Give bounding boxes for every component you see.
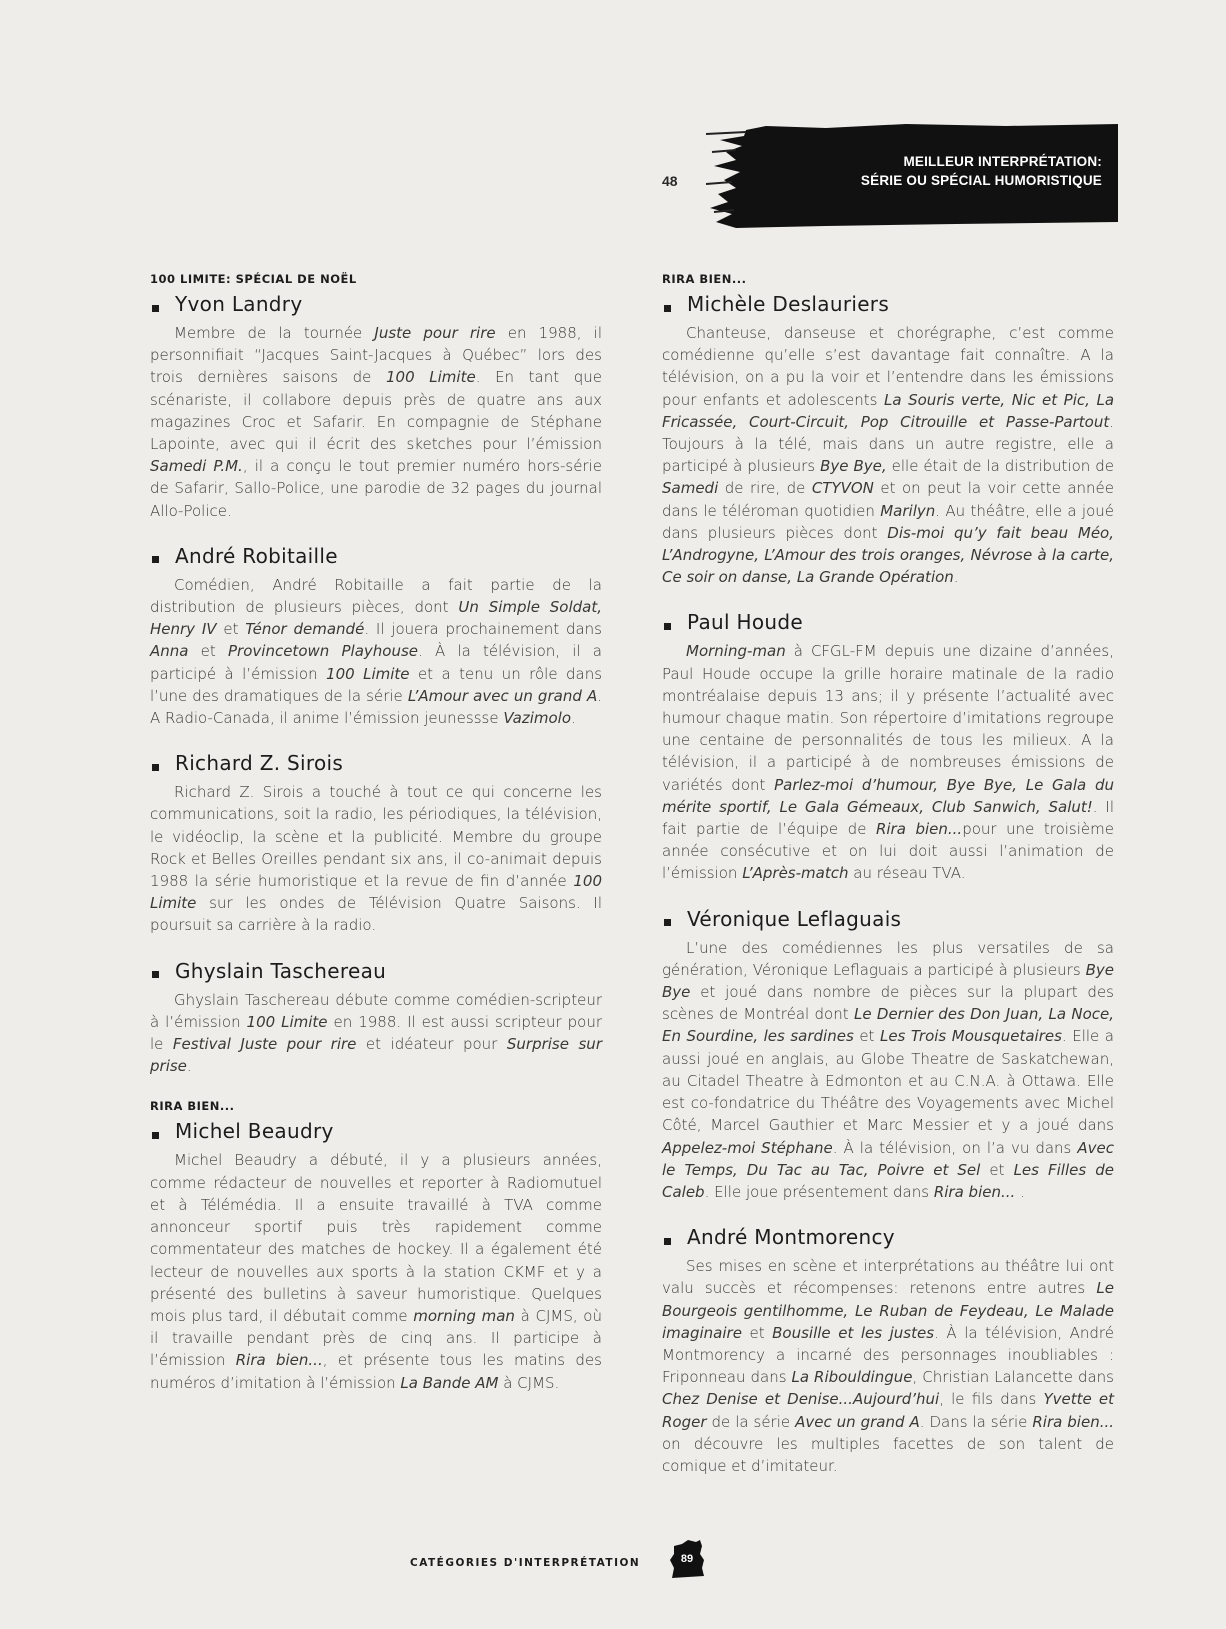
bio-text: et idéateur pour (356, 1035, 506, 1053)
nominee-entry: Michèle Deslauriers Chanteuse, danseuse … (662, 292, 1114, 588)
bio-text: . (571, 709, 576, 727)
nominee-entry: Paul Houde Morning-man à CFGL-FM depuis … (662, 610, 1114, 884)
bio-text: . Elle joue présentement dans (705, 1183, 934, 1201)
bio-text: L’une des comédiennes les plus versatile… (662, 939, 1114, 979)
square-bullet-icon (664, 1238, 671, 1245)
bio-text: Ses mises en scène et interprétations au… (662, 1257, 1114, 1297)
square-bullet-icon (152, 305, 159, 312)
nominee-name-text: Michel Beaudry (175, 1119, 334, 1143)
nominee-name: Richard Z. Sirois (150, 751, 602, 775)
category-banner: MEILLEUR INTERPRÉTATION: SÉRIE OU SPÉCIA… (706, 122, 1118, 230)
section-rira-bien: RIRA BIEN... Michel Beaudry Michel Beaud… (150, 1099, 602, 1393)
italic-title: Avec un grand A (795, 1413, 920, 1431)
italic-title: morning man (413, 1307, 515, 1325)
section-100-limite: 100 LIMITE: SPÉCIAL DE NOËL Yvon Landry … (150, 272, 602, 1077)
square-bullet-icon (664, 623, 671, 630)
nominee-name: André Montmorency (662, 1225, 1114, 1249)
nominee-bio: Membre de la tournée Juste pour rire en … (150, 322, 602, 522)
category-title-line2: SÉRIE OU SPÉCIAL HUMORISTIQUE (861, 171, 1102, 190)
bio-text: . Il jouera prochainement dans (364, 620, 602, 638)
category-title-line1: MEILLEUR INTERPRÉTATION: (861, 152, 1102, 171)
nominee-name: André Robitaille (150, 544, 602, 568)
footer-page-badge: 89 (668, 1538, 706, 1578)
nominee-entry: Richard Z. Sirois Richard Z. Sirois a to… (150, 751, 602, 936)
italic-title: L’Après-match (742, 864, 848, 882)
italic-title: Rira bien... (876, 820, 962, 838)
italic-title: Les Trois Mousquetaires (880, 1027, 1062, 1045)
nominee-bio: Morning-man à CFGL-FM depuis une dizaine… (662, 640, 1114, 884)
bio-text: de rire, de (718, 479, 812, 497)
nominee-name: Paul Houde (662, 610, 1114, 634)
bio-text: Membre de la tournée (174, 324, 374, 342)
bio-text: de la série (707, 1413, 796, 1431)
left-column: 100 LIMITE: SPÉCIAL DE NOËL Yvon Landry … (150, 272, 602, 1416)
nominee-name: Michel Beaudry (150, 1119, 602, 1143)
italic-title: Ténor demandé (245, 620, 364, 638)
nominee-name-text: André Robitaille (175, 544, 338, 568)
bio-text: . (187, 1057, 192, 1075)
bio-text: et (854, 1027, 880, 1045)
italic-title: Samedi (662, 479, 718, 497)
section-rira-bien: RIRA BIEN... Michèle Deslauriers Chanteu… (662, 272, 1114, 1477)
nominee-entry: André Robitaille Comédien, André Robitai… (150, 544, 602, 729)
nominee-name-text: Paul Houde (687, 610, 803, 634)
bio-text: . (1015, 1183, 1025, 1201)
nominee-entry: Véronique Leflaguais L’une des comédienn… (662, 907, 1114, 1203)
square-bullet-icon (664, 305, 671, 312)
bio-text: sur les ondes de Télévision Quatre Saiso… (150, 894, 602, 934)
italic-title: Festival Juste pour rire (173, 1035, 356, 1053)
nominee-name-text: Richard Z. Sirois (175, 751, 343, 775)
italic-title: Bye Bye, (820, 457, 887, 475)
italic-title: Provincetown Playhouse (228, 642, 418, 660)
nominee-bio: Chanteuse, danseuse et chorégraphe, c’es… (662, 322, 1114, 588)
italic-title: Juste pour rire (374, 324, 495, 342)
bio-text: et (980, 1161, 1013, 1179)
nominee-entry: Yvon Landry Membre de la tournée Juste p… (150, 292, 602, 522)
page-number: 89 (668, 1553, 706, 1565)
italic-title: Morning-man (686, 642, 786, 660)
italic-title: L’Amour avec un grand A (408, 687, 597, 705)
bio-text: , le fils dans (939, 1390, 1043, 1408)
italic-title: 100 Limite (326, 665, 409, 683)
bio-text: . À la télévision, on l’a vu dans (833, 1139, 1078, 1157)
bio-text: et (217, 620, 246, 638)
category-title: MEILLEUR INTERPRÉTATION: SÉRIE OU SPÉCIA… (861, 152, 1102, 190)
italic-title: Bousille et les justes (772, 1324, 934, 1342)
bio-text: et (188, 642, 228, 660)
nominee-name-text: Michèle Deslauriers (687, 292, 889, 316)
bio-text: Michel Beaudry a débuté, il y a plusieur… (150, 1151, 602, 1324)
italic-title: CTYVON (812, 479, 874, 497)
nominee-entry: André Montmorency Ses mises en scène et … (662, 1225, 1114, 1477)
section-label: RIRA BIEN... (150, 1099, 602, 1113)
italic-title: Marilyn (880, 502, 935, 520)
square-bullet-icon (664, 919, 671, 926)
nominee-name: Ghyslain Taschereau (150, 959, 602, 983)
bio-text: et (742, 1324, 772, 1342)
nominee-name-text: Yvon Landry (175, 292, 302, 316)
italic-title: Vazimolo (503, 709, 571, 727)
square-bullet-icon (152, 971, 159, 978)
nominee-bio: Comédien, André Robitaille a fait partie… (150, 574, 602, 729)
nominee-bio: Ses mises en scène et interprétations au… (662, 1255, 1114, 1477)
nominee-name: Michèle Deslauriers (662, 292, 1114, 316)
italic-title: Appelez-moi Stéphane (662, 1139, 833, 1157)
footer-label: CATÉGORIES D'INTERPRÉTATION (410, 1557, 640, 1569)
nominee-bio: L’une des comédiennes les plus versatile… (662, 937, 1114, 1203)
nominee-name-text: André Montmorency (687, 1225, 895, 1249)
nominee-bio: Ghyslain Taschereau débute comme comédie… (150, 989, 602, 1078)
italic-title: La Bande AM (400, 1374, 498, 1392)
italic-title: Chez Denise et Denise...Aujourd’hui (662, 1390, 939, 1408)
nominee-name: Véronique Leflaguais (662, 907, 1114, 931)
bio-text: à CJMS. (498, 1374, 559, 1392)
bio-text: . Dans la série (920, 1413, 1033, 1431)
nominee-name: Yvon Landry (150, 292, 602, 316)
section-label: 100 LIMITE: SPÉCIAL DE NOËL (150, 272, 602, 286)
square-bullet-icon (152, 556, 159, 563)
italic-title: La Ribouldingue (792, 1368, 913, 1386)
bio-text: à CFGL-FM depuis une dizaine d’années, P… (662, 642, 1114, 793)
nominee-bio: Michel Beaudry a débuté, il y a plusieur… (150, 1149, 602, 1393)
italic-title: Rira bien... (1032, 1413, 1114, 1431)
italic-title: Rira bien... (934, 1183, 1015, 1201)
italic-title: 100 Limite (386, 368, 476, 386)
square-bullet-icon (152, 1132, 159, 1139)
right-column: RIRA BIEN... Michèle Deslauriers Chanteu… (662, 272, 1114, 1499)
nominee-entry: Ghyslain Taschereau Ghyslain Taschereau … (150, 959, 602, 1078)
italic-title: Anna (150, 642, 188, 660)
bio-text: on découvre les multiples facettes de so… (662, 1435, 1114, 1475)
nominee-bio: Richard Z. Sirois a touché à tout ce qui… (150, 781, 602, 936)
bio-text: au réseau TVA. (848, 864, 965, 882)
nominee-name-text: Ghyslain Taschereau (175, 959, 386, 983)
section-label: RIRA BIEN... (662, 272, 1114, 286)
italic-title: Rira bien... (236, 1351, 323, 1369)
nominee-entry: Michel Beaudry Michel Beaudry a débuté, … (150, 1119, 602, 1393)
square-bullet-icon (152, 764, 159, 771)
bio-text: elle était de la distribution de (887, 457, 1114, 475)
italic-title: 100 Limite (247, 1013, 328, 1031)
nominee-name-text: Véronique Leflaguais (687, 907, 901, 931)
bio-text: Richard Z. Sirois a touché à tout ce qui… (150, 783, 602, 890)
bio-text: . (954, 568, 959, 586)
document-page: 48 MEILLEUR INTERPRÉTATION: SÉRIE OU SPÉ… (0, 0, 1226, 1629)
section-number: 48 (662, 173, 678, 189)
italic-title: Samedi P.M. (150, 457, 243, 475)
bio-text: , Christian Lalancette dans (912, 1368, 1114, 1386)
